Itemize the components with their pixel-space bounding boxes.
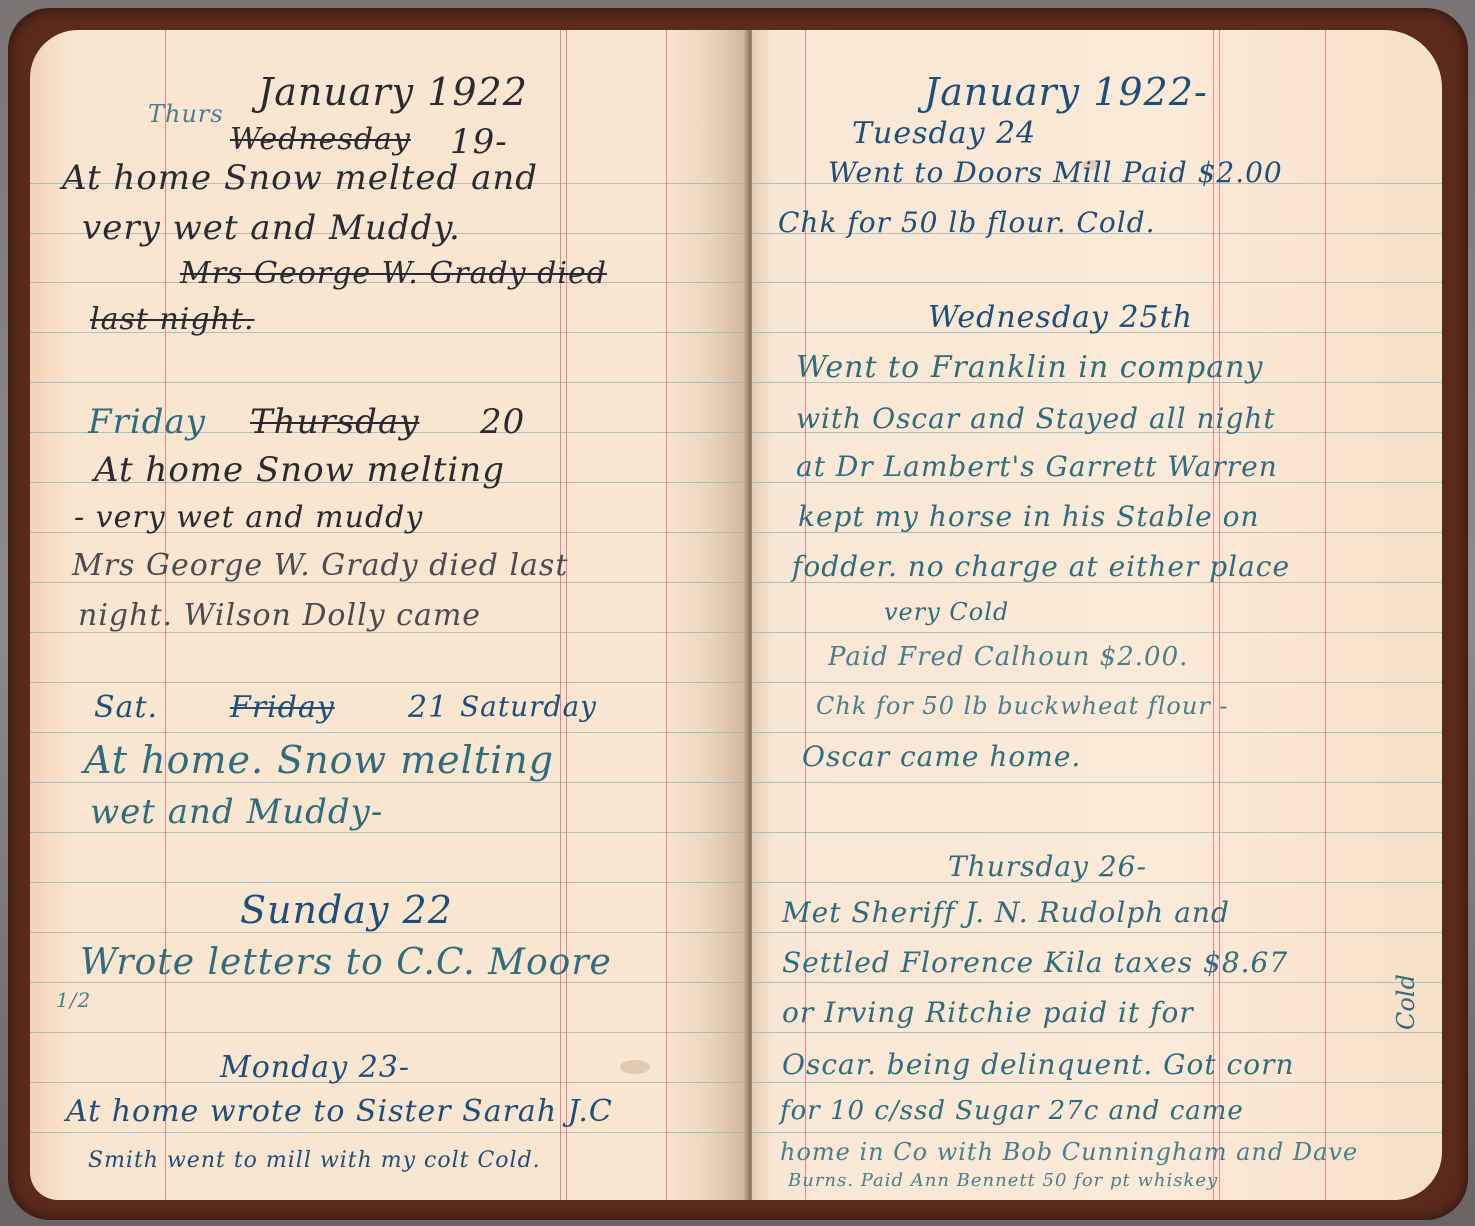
entry-line: Chk for 50 lb buckwheat flour - [816, 692, 1229, 720]
rule-line [30, 732, 748, 733]
entry-line: Paid Fred Calhoun $2.00. [828, 642, 1188, 672]
margin-line [666, 30, 667, 1200]
entry-line-struck: Mrs George W. Grady died [180, 256, 607, 291]
day-correction: Thurs [148, 100, 224, 128]
entry-line: Wrote letters to C.C. Moore [80, 942, 612, 983]
margin-line [1325, 30, 1326, 1200]
entry-line: with Oscar and Stayed all night [796, 402, 1276, 435]
entry-line: night. Wilson Dolly came [78, 598, 481, 633]
day-label: Tuesday 24 [852, 116, 1036, 151]
left-page: January 1922 Thurs Wednesday 19- At home… [30, 30, 748, 1200]
entry-line: Mrs George W. Grady died last [72, 548, 568, 583]
rule-line [30, 932, 748, 933]
rule-line [30, 382, 748, 383]
entry-line-struck: last night. [90, 302, 255, 337]
entry-line: at Dr Lambert's Garrett Warren [796, 450, 1278, 483]
entry-date: 25th [1119, 300, 1193, 335]
entry-line: At home wrote to Sister Sarah J.C [66, 1094, 613, 1129]
day-label: Sunday 22 [240, 888, 453, 932]
rule-line [752, 1032, 1442, 1033]
ink-smudge [620, 1060, 650, 1074]
page-header: January 1922- [924, 70, 1208, 114]
entry-date: 24 [996, 116, 1036, 151]
rule-line [752, 982, 1442, 983]
day-label: Monday 23- [220, 1050, 410, 1085]
day-label-struck: Wednesday [230, 122, 411, 157]
margin-line [566, 30, 567, 1200]
rule-line [30, 1132, 748, 1133]
entry-line: At home Snow melting [94, 450, 505, 490]
day-name: Wednesday [928, 300, 1109, 335]
rule-line [752, 932, 1442, 933]
day-label-struck: Thursday [250, 402, 419, 442]
rule-line [752, 1132, 1442, 1133]
entry-line: Oscar. being delinquent. Got corn [782, 1048, 1295, 1081]
entry-line: for 10 c/ssd Sugar 27c and came [780, 1096, 1244, 1126]
margin-note: Cold [1392, 974, 1420, 1030]
day-name: Sunday [240, 888, 389, 932]
day-label: Thursday 26- [948, 850, 1147, 883]
entry-date: 26- [1099, 850, 1147, 883]
entry-line: Chk for 50 lb flour. Cold. [778, 206, 1156, 239]
entry-line: very Cold [884, 598, 1009, 626]
entry-date: 20 [480, 402, 525, 442]
entry-line: At home. Snow melting [84, 738, 554, 782]
entry-line: Met Sheriff J. N. Rudolph and [782, 896, 1230, 929]
rule-line [752, 282, 1442, 283]
day-correction: Sat. [94, 690, 158, 725]
entry-line: Went to Doors Mill Paid $2.00 [828, 156, 1283, 189]
day-label: Wednesday 25th [928, 300, 1193, 335]
margin-mark: 1/2 [56, 988, 91, 1012]
day-label-struck: Friday [230, 690, 335, 725]
entry-line: Smith went to mill with my colt Cold. [88, 1148, 541, 1173]
rule-line [30, 1032, 748, 1033]
entry-line: kept my horse in his Stable on [798, 500, 1260, 533]
entry-line: home in Co with Bob Cunningham and Dave [780, 1138, 1358, 1166]
rule-line [30, 782, 748, 783]
day-name: Tuesday [852, 116, 986, 151]
rule-line [752, 732, 1442, 733]
margin-line [1219, 30, 1220, 1200]
margin-line [560, 30, 561, 1200]
rule-line [752, 782, 1442, 783]
day-name: Monday [220, 1050, 348, 1085]
rule-line [752, 682, 1442, 683]
entry-line: Settled Florence Kila taxes $8.67 [782, 946, 1288, 979]
entry-line: Oscar came home. [802, 740, 1081, 773]
entry-date: 23- [359, 1050, 410, 1085]
margin-line [1213, 30, 1214, 1200]
entry-date: 21 [408, 690, 448, 725]
rule-line [752, 1082, 1442, 1083]
entry-date: 22 [403, 888, 453, 932]
entry-line: wet and Muddy- [90, 792, 383, 832]
day-name: Thursday [948, 850, 1089, 883]
day-correction: Friday [88, 402, 206, 442]
rule-line [752, 632, 1442, 633]
rule-line [30, 832, 748, 833]
day-label-extra: Saturday [460, 690, 597, 723]
entry-line: fodder. no charge at either place [792, 550, 1290, 583]
right-page: January 1922- Tuesday 24 Went to Doors M… [752, 30, 1442, 1200]
entry-line: - very wet and muddy [74, 500, 423, 535]
entry-line: Burns. Paid Ann Bennett 50 for pt whiske… [788, 1170, 1218, 1191]
entry-date: 19- [450, 122, 508, 162]
page-header: January 1922 [258, 70, 528, 114]
rule-line [30, 882, 748, 883]
rule-line [30, 682, 748, 683]
entry-line: Went to Franklin in company [796, 350, 1263, 385]
entry-line: At home Snow melted and [62, 158, 538, 198]
entry-line: or Irving Ritchie paid it for [782, 996, 1194, 1029]
entry-line: very wet and Muddy. [82, 208, 461, 248]
rule-line [752, 832, 1442, 833]
